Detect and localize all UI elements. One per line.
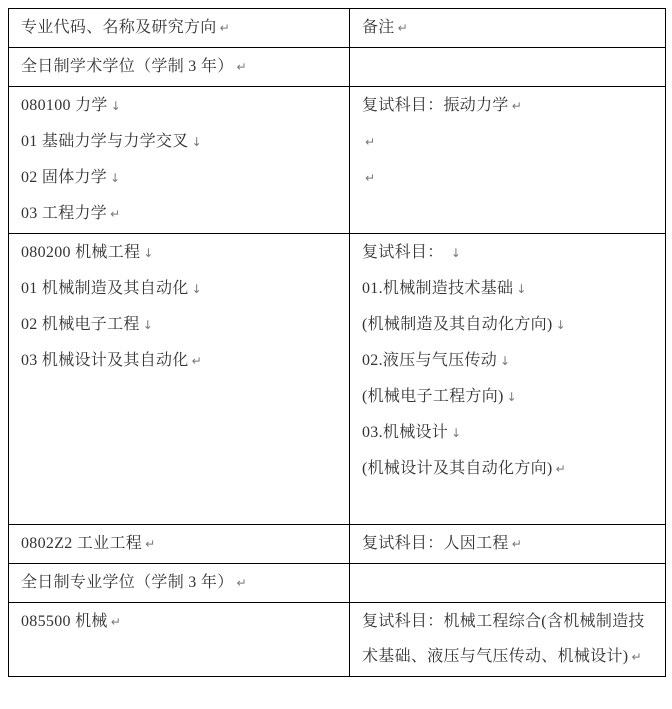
cell-line: ↵ <box>362 124 653 160</box>
line-break-mark-icon: ↓ <box>451 246 461 260</box>
remarks-cell: 备注↵ <box>350 9 666 48</box>
cell-line-text: 复试科目：人因工程 <box>362 535 509 552</box>
cell-line-text: 02 固体力学 <box>21 169 107 186</box>
cell-line-text: 专业代码、名称及研究方向 <box>21 19 217 36</box>
cell-line: (机械电子工程方向)↓ <box>362 379 653 415</box>
cell-line: (机械制造及其自动化方向)↓ <box>362 307 653 343</box>
cell-line: 备注↵ <box>362 10 653 46</box>
table-row: 080200 机械工程↓01 机械制造及其自动化↓02 机械电子工程↓03 机械… <box>9 234 666 525</box>
program-cell: 全日制学术学位（学制 3 年）↵ <box>9 48 350 87</box>
cell-line-text: 全日制专业学位（学制 3 年） <box>21 574 234 591</box>
pilcrow-mark-icon: ↵ <box>110 207 120 221</box>
cell-line-text: 备注 <box>362 19 395 36</box>
cell-line: 03 工程力学↵ <box>21 196 337 232</box>
pilcrow-mark-icon: ↵ <box>512 537 522 551</box>
pilcrow-mark-icon: ↵ <box>398 21 408 35</box>
cell-line: 03.机械设计↓ <box>362 415 653 451</box>
cell-line: 全日制学术学位（学制 3 年）↵ <box>21 49 337 85</box>
cell-line: 复试科目：人因工程↵ <box>362 526 653 562</box>
pilcrow-mark-icon: ↵ <box>237 60 247 74</box>
cell-line: ↵ <box>362 160 653 196</box>
cell-line: 02 固体力学↓ <box>21 160 337 196</box>
cell-line: 080100 力学↓ <box>21 88 337 124</box>
line-break-mark-icon: ↓ <box>516 282 526 296</box>
cell-line-text: 03.机械设计 <box>362 424 448 441</box>
pilcrow-mark-icon: ↵ <box>145 537 155 551</box>
cell-line-text: 0802Z2 工业工程 <box>21 535 142 552</box>
line-break-mark-icon: ↓ <box>143 318 153 332</box>
cell-line-text: 02 机械电子工程 <box>21 316 140 333</box>
cell-line-text: (机械设计及其自动化方向) <box>362 460 553 477</box>
cell-line-text: 03 工程力学 <box>21 205 107 222</box>
program-cell: 0802Z2 工业工程↵ <box>9 525 350 564</box>
cell-line: 02.液压与气压传动↓ <box>362 343 653 379</box>
cell-line-text: 080200 机械工程 <box>21 244 140 261</box>
program-cell: 085500 机械↵ <box>9 603 350 677</box>
cell-line: 02 机械电子工程↓ <box>21 307 337 343</box>
cell-line: 01.机械制造技术基础↓ <box>362 271 653 307</box>
pilcrow-mark-icon: ↵ <box>192 354 202 368</box>
line-break-mark-icon: ↓ <box>556 318 566 332</box>
program-cell: 全日制专业学位（学制 3 年）↵ <box>9 564 350 603</box>
line-break-mark-icon: ↓ <box>143 246 153 260</box>
remarks-cell: 复试科目：振动力学↵↵↵ <box>350 87 666 234</box>
cell-line: 复试科目：振动力学↵ <box>362 88 653 124</box>
line-break-mark-icon: ↓ <box>507 390 517 404</box>
cell-line: 03 机械设计及其自动化↵ <box>21 343 337 379</box>
cell-line-text: 080100 力学 <box>21 97 108 114</box>
remarks-cell: 复试科目： ↓01.机械制造技术基础↓(机械制造及其自动化方向)↓02.液压与气… <box>350 234 666 525</box>
table-row: 085500 机械↵复试科目：机械工程综合(含机械制造技术基础、液压与气压传动、… <box>9 603 666 677</box>
line-break-mark-icon: ↓ <box>500 354 510 368</box>
pilcrow-mark-icon: ↵ <box>365 135 375 149</box>
table-row: 全日制学术学位（学制 3 年）↵ <box>9 48 666 87</box>
cell-line: 085500 机械↵ <box>21 604 337 640</box>
pilcrow-mark-icon: ↵ <box>556 462 566 476</box>
cell-line: 080200 机械工程↓ <box>21 235 337 271</box>
program-table: 专业代码、名称及研究方向↵备注↵全日制学术学位（学制 3 年）↵080100 力… <box>8 8 666 677</box>
pilcrow-mark-icon: ↵ <box>365 171 375 185</box>
table-row: 080100 力学↓01 基础力学与力学交叉↓02 固体力学↓03 工程力学↵复… <box>9 87 666 234</box>
pilcrow-mark-icon: ↵ <box>631 650 641 664</box>
cell-line: 0802Z2 工业工程↵ <box>21 526 337 562</box>
line-break-mark-icon: ↓ <box>192 282 202 296</box>
line-break-mark-icon: ↓ <box>111 99 121 113</box>
program-cell: 080200 机械工程↓01 机械制造及其自动化↓02 机械电子工程↓03 机械… <box>9 234 350 525</box>
cell-line: 专业代码、名称及研究方向↵ <box>21 10 337 46</box>
cell-line-text: 01 基础力学与力学交叉 <box>21 133 189 150</box>
cell-line: 01 机械制造及其自动化↓ <box>21 271 337 307</box>
cell-line: 复试科目：机械工程综合(含机械制造技术基础、液压与气压传动、机械设计)↵ <box>362 604 653 675</box>
pilcrow-mark-icon: ↵ <box>111 615 121 629</box>
line-break-mark-icon: ↓ <box>451 426 461 440</box>
cell-line-text: 复试科目： <box>362 244 448 261</box>
line-break-mark-icon: ↓ <box>192 135 202 149</box>
cell-line-text: (机械电子工程方向) <box>362 388 504 405</box>
pilcrow-mark-icon: ↵ <box>237 576 247 590</box>
remarks-cell: 复试科目：人因工程↵ <box>350 525 666 564</box>
remarks-cell: 复试科目：机械工程综合(含机械制造技术基础、液压与气压传动、机械设计)↵ <box>350 603 666 677</box>
cell-line-text: 复试科目：振动力学 <box>362 97 509 114</box>
cell-line-text: 01 机械制造及其自动化 <box>21 280 189 297</box>
table-body: 专业代码、名称及研究方向↵备注↵全日制学术学位（学制 3 年）↵080100 力… <box>9 9 666 677</box>
cell-line-text: (机械制造及其自动化方向) <box>362 316 553 333</box>
line-break-mark-icon: ↓ <box>110 171 120 185</box>
table-row: 0802Z2 工业工程↵复试科目：人因工程↵ <box>9 525 666 564</box>
cell-line: (机械设计及其自动化方向)↵ <box>362 451 653 487</box>
pilcrow-mark-icon: ↵ <box>220 21 230 35</box>
cell-line-text: 02.液压与气压传动 <box>362 352 497 369</box>
cell-line-text: 全日制学术学位（学制 3 年） <box>21 58 234 75</box>
remarks-cell <box>350 564 666 603</box>
remarks-cell <box>350 48 666 87</box>
program-cell: 专业代码、名称及研究方向↵ <box>9 9 350 48</box>
document-page: 专业代码、名称及研究方向↵备注↵全日制学术学位（学制 3 年）↵080100 力… <box>0 0 672 680</box>
cell-line-text: 085500 机械 <box>21 613 108 630</box>
cell-line-text: 复试科目：机械工程综合(含机械制造技术基础、液压与气压传动、机械设计) <box>362 613 645 665</box>
cell-line-text: 01.机械制造技术基础 <box>362 280 513 297</box>
cell-line: 01 基础力学与力学交叉↓ <box>21 124 337 160</box>
table-row: 专业代码、名称及研究方向↵备注↵ <box>9 9 666 48</box>
cell-line-text: 03 机械设计及其自动化 <box>21 352 189 369</box>
cell-line: 复试科目： ↓ <box>362 235 653 271</box>
table-row: 全日制专业学位（学制 3 年）↵ <box>9 564 666 603</box>
pilcrow-mark-icon: ↵ <box>512 99 522 113</box>
program-cell: 080100 力学↓01 基础力学与力学交叉↓02 固体力学↓03 工程力学↵ <box>9 87 350 234</box>
cell-line: 全日制专业学位（学制 3 年）↵ <box>21 565 337 601</box>
